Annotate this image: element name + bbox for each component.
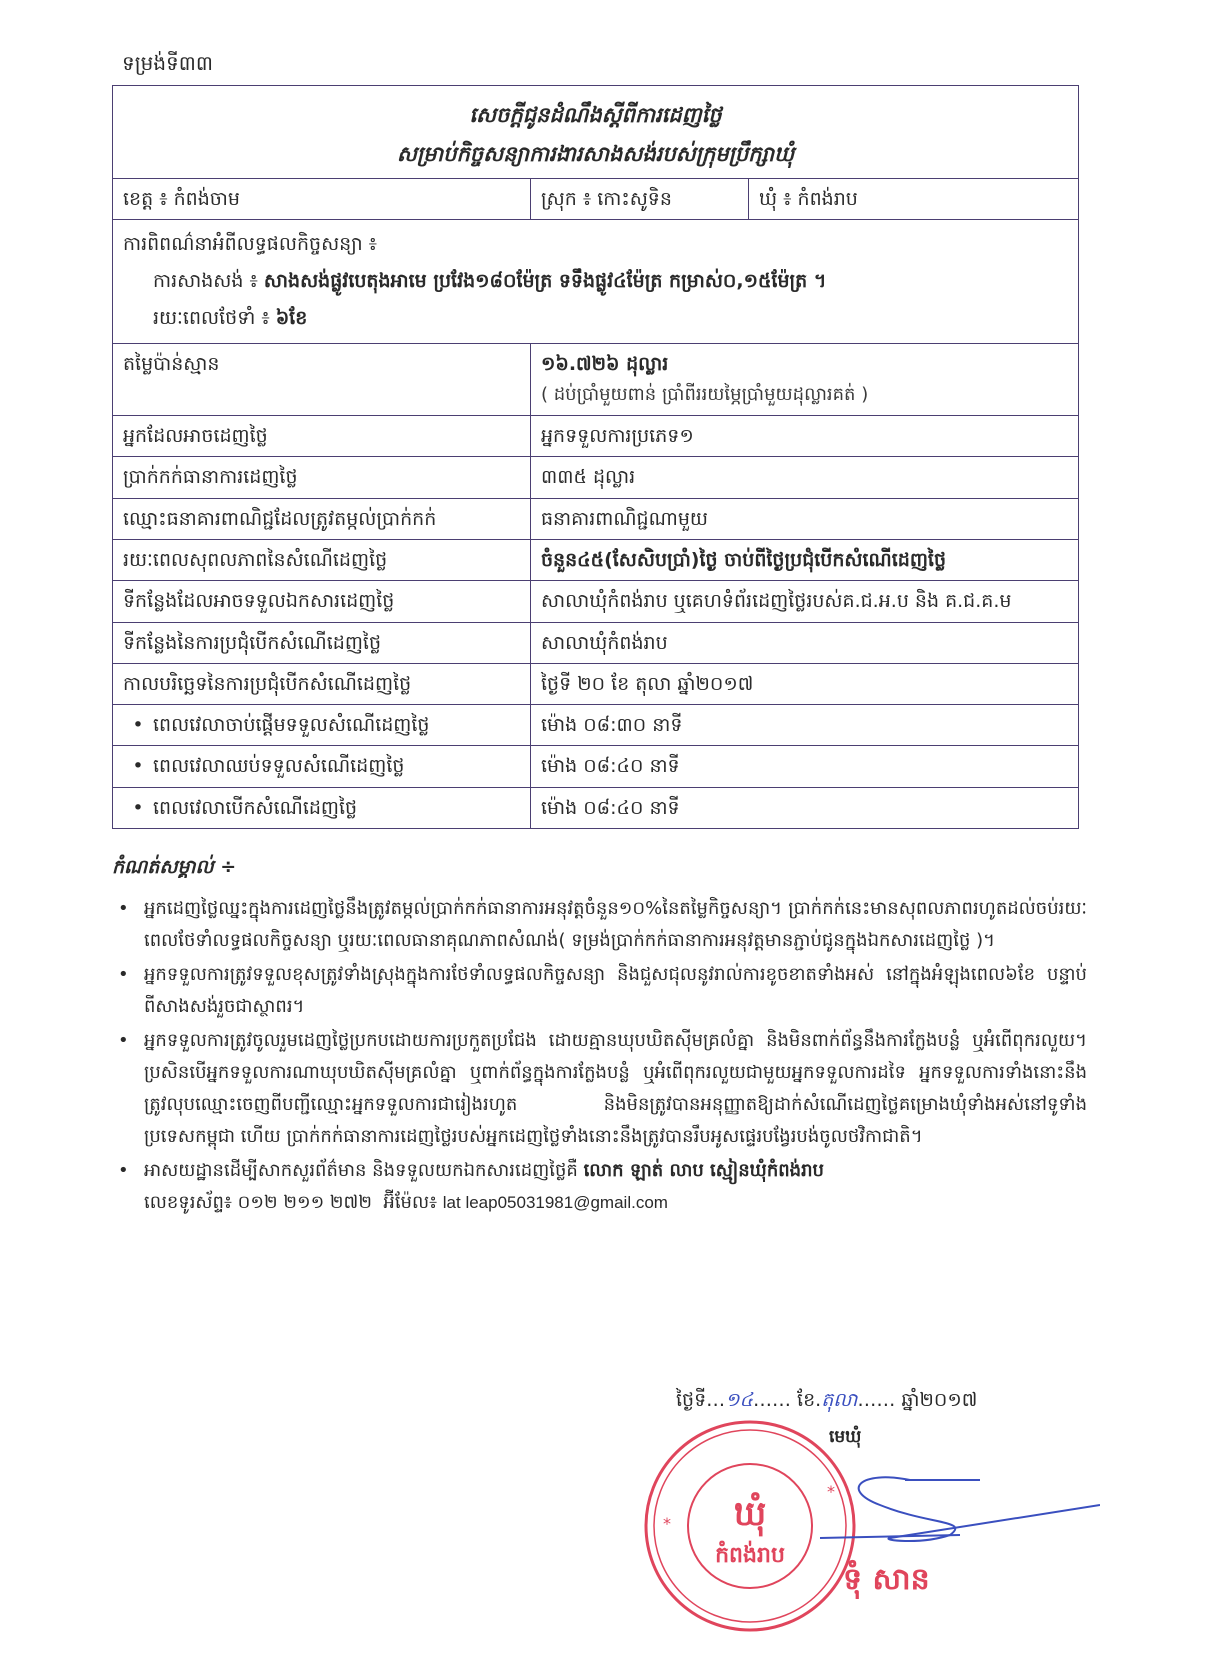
duration-line: រយៈពេលថែទាំ ៖ ៦ខែ <box>123 300 1068 337</box>
day-label: ថ្ងៃទី <box>676 1389 706 1411</box>
row-label-text: រយៈពេលសុពលភាពនៃសំណើដេញថ្លៃ <box>123 549 387 571</box>
month-label: ខែ <box>797 1389 815 1411</box>
row-value-subtext: ( ដប់ប្រាំមួយពាន់ ប្រាំពីររយម្ភៃប្រាំមួយ… <box>541 380 1068 411</box>
form-code: ទម្រង់ទី៣៣ <box>122 50 213 80</box>
row-label: ប្រាក់កក់ធានាការដេញថ្លៃ <box>113 457 531 498</box>
row-value-text: ម៉ោង ០៨:៤០ នាទី <box>541 750 1068 782</box>
note-item: អ្នកទទួលការត្រូវទទួលខុសត្រូវទាំងស្រុងក្ន… <box>112 959 1087 1023</box>
title-line-2: សម្រាប់កិច្ចសន្យាការងារសាងសង់របស់ក្រុមប្… <box>113 135 1078 174</box>
construction-line: ការសាងសង់ ៖ សាងសង់ផ្លូវបេតុងអាមេ ប្រវែង១… <box>123 263 1068 300</box>
row-label: ពេលវេលាបើកសំណើដេញថ្លៃ <box>113 787 531 828</box>
info-rows: តម្លៃប៉ាន់ស្មាន១៦.៧២៦ ដុល្លារ( ដប់ប្រាំម… <box>113 344 1079 829</box>
row-label-text: ពេលវេលាឈប់ទទួលសំណើដេញថ្លៃ <box>123 755 404 777</box>
construction-value: សាងសង់ផ្លូវបេតុងអាមេ ប្រវែង១៨០ម៉ែត្រ ទទឹ… <box>264 270 827 292</box>
row-value: ធនាគារពាណិជ្ជណាមួយ <box>531 498 1079 539</box>
row-label: ពេលវេលាឈប់ទទួលសំណើដេញថ្លៃ <box>113 746 531 787</box>
title-row: សេចក្តីជូនដំណឹងស្តីពីការដេញថ្លៃ សម្រាប់ក… <box>113 86 1079 179</box>
note-item: អ្នកទទួលការត្រូវចូលរួមដេញថ្លៃប្រកបដោយការ… <box>112 1025 1087 1153</box>
email-link[interactable]: lat leap05031981@gmail.com <box>443 1193 668 1212</box>
province: ខេត្ត ៖ កំពង់ចាម <box>113 178 531 219</box>
row-label: អ្នកដែលអាចដេញថ្លៃ <box>113 416 531 457</box>
table-row: អ្នកដែលអាចដេញថ្លៃអ្នកទទួលការប្រភេទ១ <box>113 416 1079 457</box>
row-value: ១៦.៧២៦ ដុល្លារ( ដប់ប្រាំមួយពាន់ ប្រាំពីរ… <box>531 344 1079 416</box>
contact-intro: អាសយដ្ឋានដើម្បីសាកសួរព័ត៌មាន និងទទួលយកឯក… <box>144 1160 578 1181</box>
row-label-text: កាលបរិច្ឆេទនៃការប្រជុំបើកសំណើដេញថ្លៃ <box>123 673 411 695</box>
note-item: អ្នកដេញថ្លៃឈ្នះក្នុងការដេញថ្លៃនឹងត្រូវតម… <box>112 893 1087 957</box>
handwritten-signature-icon <box>760 1440 1100 1550</box>
row-value-text: សាលាឃុំកំពង់រាប ឬគេហទំព័រដេញថ្លៃរបស់គ.ជ.… <box>541 585 1068 617</box>
row-value: ៣៣៥ ដុល្លារ <box>531 457 1079 498</box>
email-label: អ៊ីម៉ែល៖ <box>383 1192 437 1213</box>
table-row: ពេលវេលាឈប់ទទួលសំណើដេញថ្លៃម៉ោង ០៨:៤០ នាទី <box>113 746 1079 787</box>
row-label-text: តម្លៃប៉ាន់ស្មាន <box>123 353 219 375</box>
row-label-text: ឈ្មោះធនាគារពាណិជ្ជដែលត្រូវតម្កល់ប្រាក់កក… <box>123 508 436 530</box>
year-label: ឆ្នាំ២០១៧ <box>901 1389 977 1411</box>
row-value-text: ចំនួន៤៥(សែសិបប្រាំ)ថ្ងៃ ចាប់ពីថ្ងៃប្រជុំ… <box>541 544 1068 576</box>
description-cell: ការពិពណ៌នាអំពីលទ្ធផលកិច្ចសន្យា ៖ ការសាងស… <box>113 219 1079 343</box>
construction-label: ការសាងសង់ ៖ <box>153 270 258 292</box>
row-label: រយៈពេលសុពលភាពនៃសំណើដេញថ្លៃ <box>113 539 531 580</box>
row-value: ថ្ងៃទី ២០ ខែ តុលា ឆ្នាំ២០១៧ <box>531 663 1079 704</box>
row-label: តម្លៃប៉ាន់ស្មាន <box>113 344 531 416</box>
notes-heading: កំណត់សម្គាល់ ÷ <box>112 855 1087 883</box>
duration-value: ៦ខែ <box>276 307 308 329</box>
table-row: ពេលវេលាបើកសំណើដេញថ្លៃម៉ោង ០៨:៤០ នាទី <box>113 787 1079 828</box>
location-row: ខេត្ត ៖ កំពង់ចាម ស្រុក ៖ កោះសូទិន ឃុំ ៖ … <box>113 178 1079 219</box>
row-label: ទីកន្លែងដែលអាចទទួលឯកសារដេញថ្លៃ <box>113 581 531 622</box>
row-value-text: អ្នកទទួលការប្រភេទ១ <box>541 420 1068 452</box>
table-row: តម្លៃប៉ាន់ស្មាន១៦.៧២៦ ដុល្លារ( ដប់ប្រាំម… <box>113 344 1079 416</box>
row-label-text: ប្រាក់កក់ធានាការដេញថ្លៃ <box>123 466 298 488</box>
notice-sheet: សេចក្តីជូនដំណឹងស្តីពីការដេញថ្លៃ សម្រាប់ក… <box>112 85 1078 829</box>
row-label-text: ពេលវេលាបើកសំណើដេញថ្លៃ <box>123 797 357 819</box>
row-value-text: ម៉ោង ០៨:៤០ នាទី <box>541 792 1068 824</box>
note-contact: អាសយដ្ឋានដើម្បីសាកសួរព័ត៌មាន និងទទួលយកឯក… <box>112 1155 1087 1219</box>
row-label: ទីកន្លែងនៃការប្រជុំបើកសំណើដេញថ្លៃ <box>113 622 531 663</box>
table-row: ទីកន្លែងនៃការប្រជុំបើកសំណើដេញថ្លៃសាលាឃុំ… <box>113 622 1079 663</box>
svg-text:*: * <box>663 1514 671 1533</box>
table-row: ពេលវេលាចាប់ផ្តើមទទួលសំណើដេញថ្លៃម៉ោង ០៨:៣… <box>113 705 1079 746</box>
row-value-text: ធនាគារពាណិជ្ជណាមួយ <box>541 503 1068 535</box>
description-row: ការពិពណ៌នាអំពីលទ្ធផលកិច្ចសន្យា ៖ ការសាងស… <box>113 219 1079 343</box>
description-heading: ការពិពណ៌នាអំពីលទ្ធផលកិច្ចសន្យា ៖ <box>123 226 1068 263</box>
row-value: ម៉ោង ០៨:៤០ នាទី <box>531 787 1079 828</box>
row-label-text: ពេលវេលាចាប់ផ្តើមទទួលសំណើដេញថ្លៃ <box>123 714 429 736</box>
row-value-text: ៣៣៥ ដុល្លារ <box>541 461 1068 493</box>
row-value-text: ១៦.៧២៦ ដុល្លារ <box>541 348 1068 380</box>
table-row: កាលបរិច្ឆេទនៃការប្រជុំបើកសំណើដេញថ្លៃថ្ងៃ… <box>113 663 1079 704</box>
row-value: សាលាឃុំកំពង់រាប <box>531 622 1079 663</box>
row-value: ម៉ោង ០៨:៤០ នាទី <box>531 746 1079 787</box>
row-label-text: ទីកន្លែងដែលអាចទទួលឯកសារដេញថ្លៃ <box>123 590 394 612</box>
phone-label: លេខទូរស័ព្ទ៖ <box>144 1192 232 1213</box>
row-value: អ្នកទទួលការប្រភេទ១ <box>531 416 1079 457</box>
district: ស្រុក ៖ កោះសូទិន <box>531 178 749 219</box>
row-label: ឈ្មោះធនាគារពាណិជ្ជដែលត្រូវតម្កល់ប្រាក់កក… <box>113 498 531 539</box>
notes-section: កំណត់សម្គាល់ ÷ អ្នកដេញថ្លៃឈ្នះក្នុងការដេ… <box>112 855 1087 1221</box>
row-value-text: សាលាឃុំកំពង់រាប <box>541 627 1068 659</box>
row-label: កាលបរិច្ឆេទនៃការប្រជុំបើកសំណើដេញថ្លៃ <box>113 663 531 704</box>
duration-label: រយៈពេលថែទាំ ៖ <box>153 307 270 329</box>
table-row: ឈ្មោះធនាគារពាណិជ្ជដែលត្រូវតម្កល់ប្រាក់កក… <box>113 498 1079 539</box>
title-cell: សេចក្តីជូនដំណឹងស្តីពីការដេញថ្លៃ សម្រាប់ក… <box>113 86 1079 179</box>
row-label-text: អ្នកដែលអាចដេញថ្លៃ <box>123 425 268 447</box>
notice-table: សេចក្តីជូនដំណឹងស្តីពីការដេញថ្លៃ សម្រាប់ក… <box>112 85 1079 829</box>
row-value: ម៉ោង ០៨:៣០ នាទី <box>531 705 1079 746</box>
row-label-text: ទីកន្លែងនៃការប្រជុំបើកសំណើដេញថ្លៃ <box>123 632 381 654</box>
row-value: ចំនួន៤៥(សែសិបប្រាំ)ថ្ងៃ ចាប់ពីថ្ងៃប្រជុំ… <box>531 539 1079 580</box>
day-value: ១៤ <box>725 1389 753 1411</box>
row-value-text: ម៉ោង ០៨:៣០ នាទី <box>541 709 1068 741</box>
phone-value: ០១២ ២១១ ២៧២ <box>238 1192 372 1213</box>
row-value-text: ថ្ងៃទី ២០ ខែ តុលា ឆ្នាំ២០១៧ <box>541 668 1068 700</box>
title-line-1: សេចក្តីជូនដំណឹងស្តីពីការដេញថ្លៃ <box>113 96 1078 135</box>
table-row: ប្រាក់កក់ធានាការដេញថ្លៃ៣៣៥ ដុល្លារ <box>113 457 1079 498</box>
signing-date: ថ្ងៃទី…១៤…… ខែ.តុលា…… ឆ្នាំ២០១៧ <box>676 1388 977 1416</box>
month-value: តុលា <box>821 1389 857 1411</box>
table-row: រយៈពេលសុពលភាពនៃសំណើដេញថ្លៃចំនួន៤៥(សែសិបប… <box>113 539 1079 580</box>
row-value: សាលាឃុំកំពង់រាប ឬគេហទំព័រដេញថ្លៃរបស់គ.ជ.… <box>531 581 1079 622</box>
contact-name: លោក ឡាត់ លាប ស្មៀនឃុំកំពង់រាប <box>584 1160 824 1181</box>
signer-name: ទុំ សាន <box>843 1560 930 1604</box>
commune: ឃុំ ៖ កំពង់រាប <box>749 178 1079 219</box>
row-label: ពេលវេលាចាប់ផ្តើមទទួលសំណើដេញថ្លៃ <box>113 705 531 746</box>
table-row: ទីកន្លែងដែលអាចទទួលឯកសារដេញថ្លៃសាលាឃុំកំព… <box>113 581 1079 622</box>
